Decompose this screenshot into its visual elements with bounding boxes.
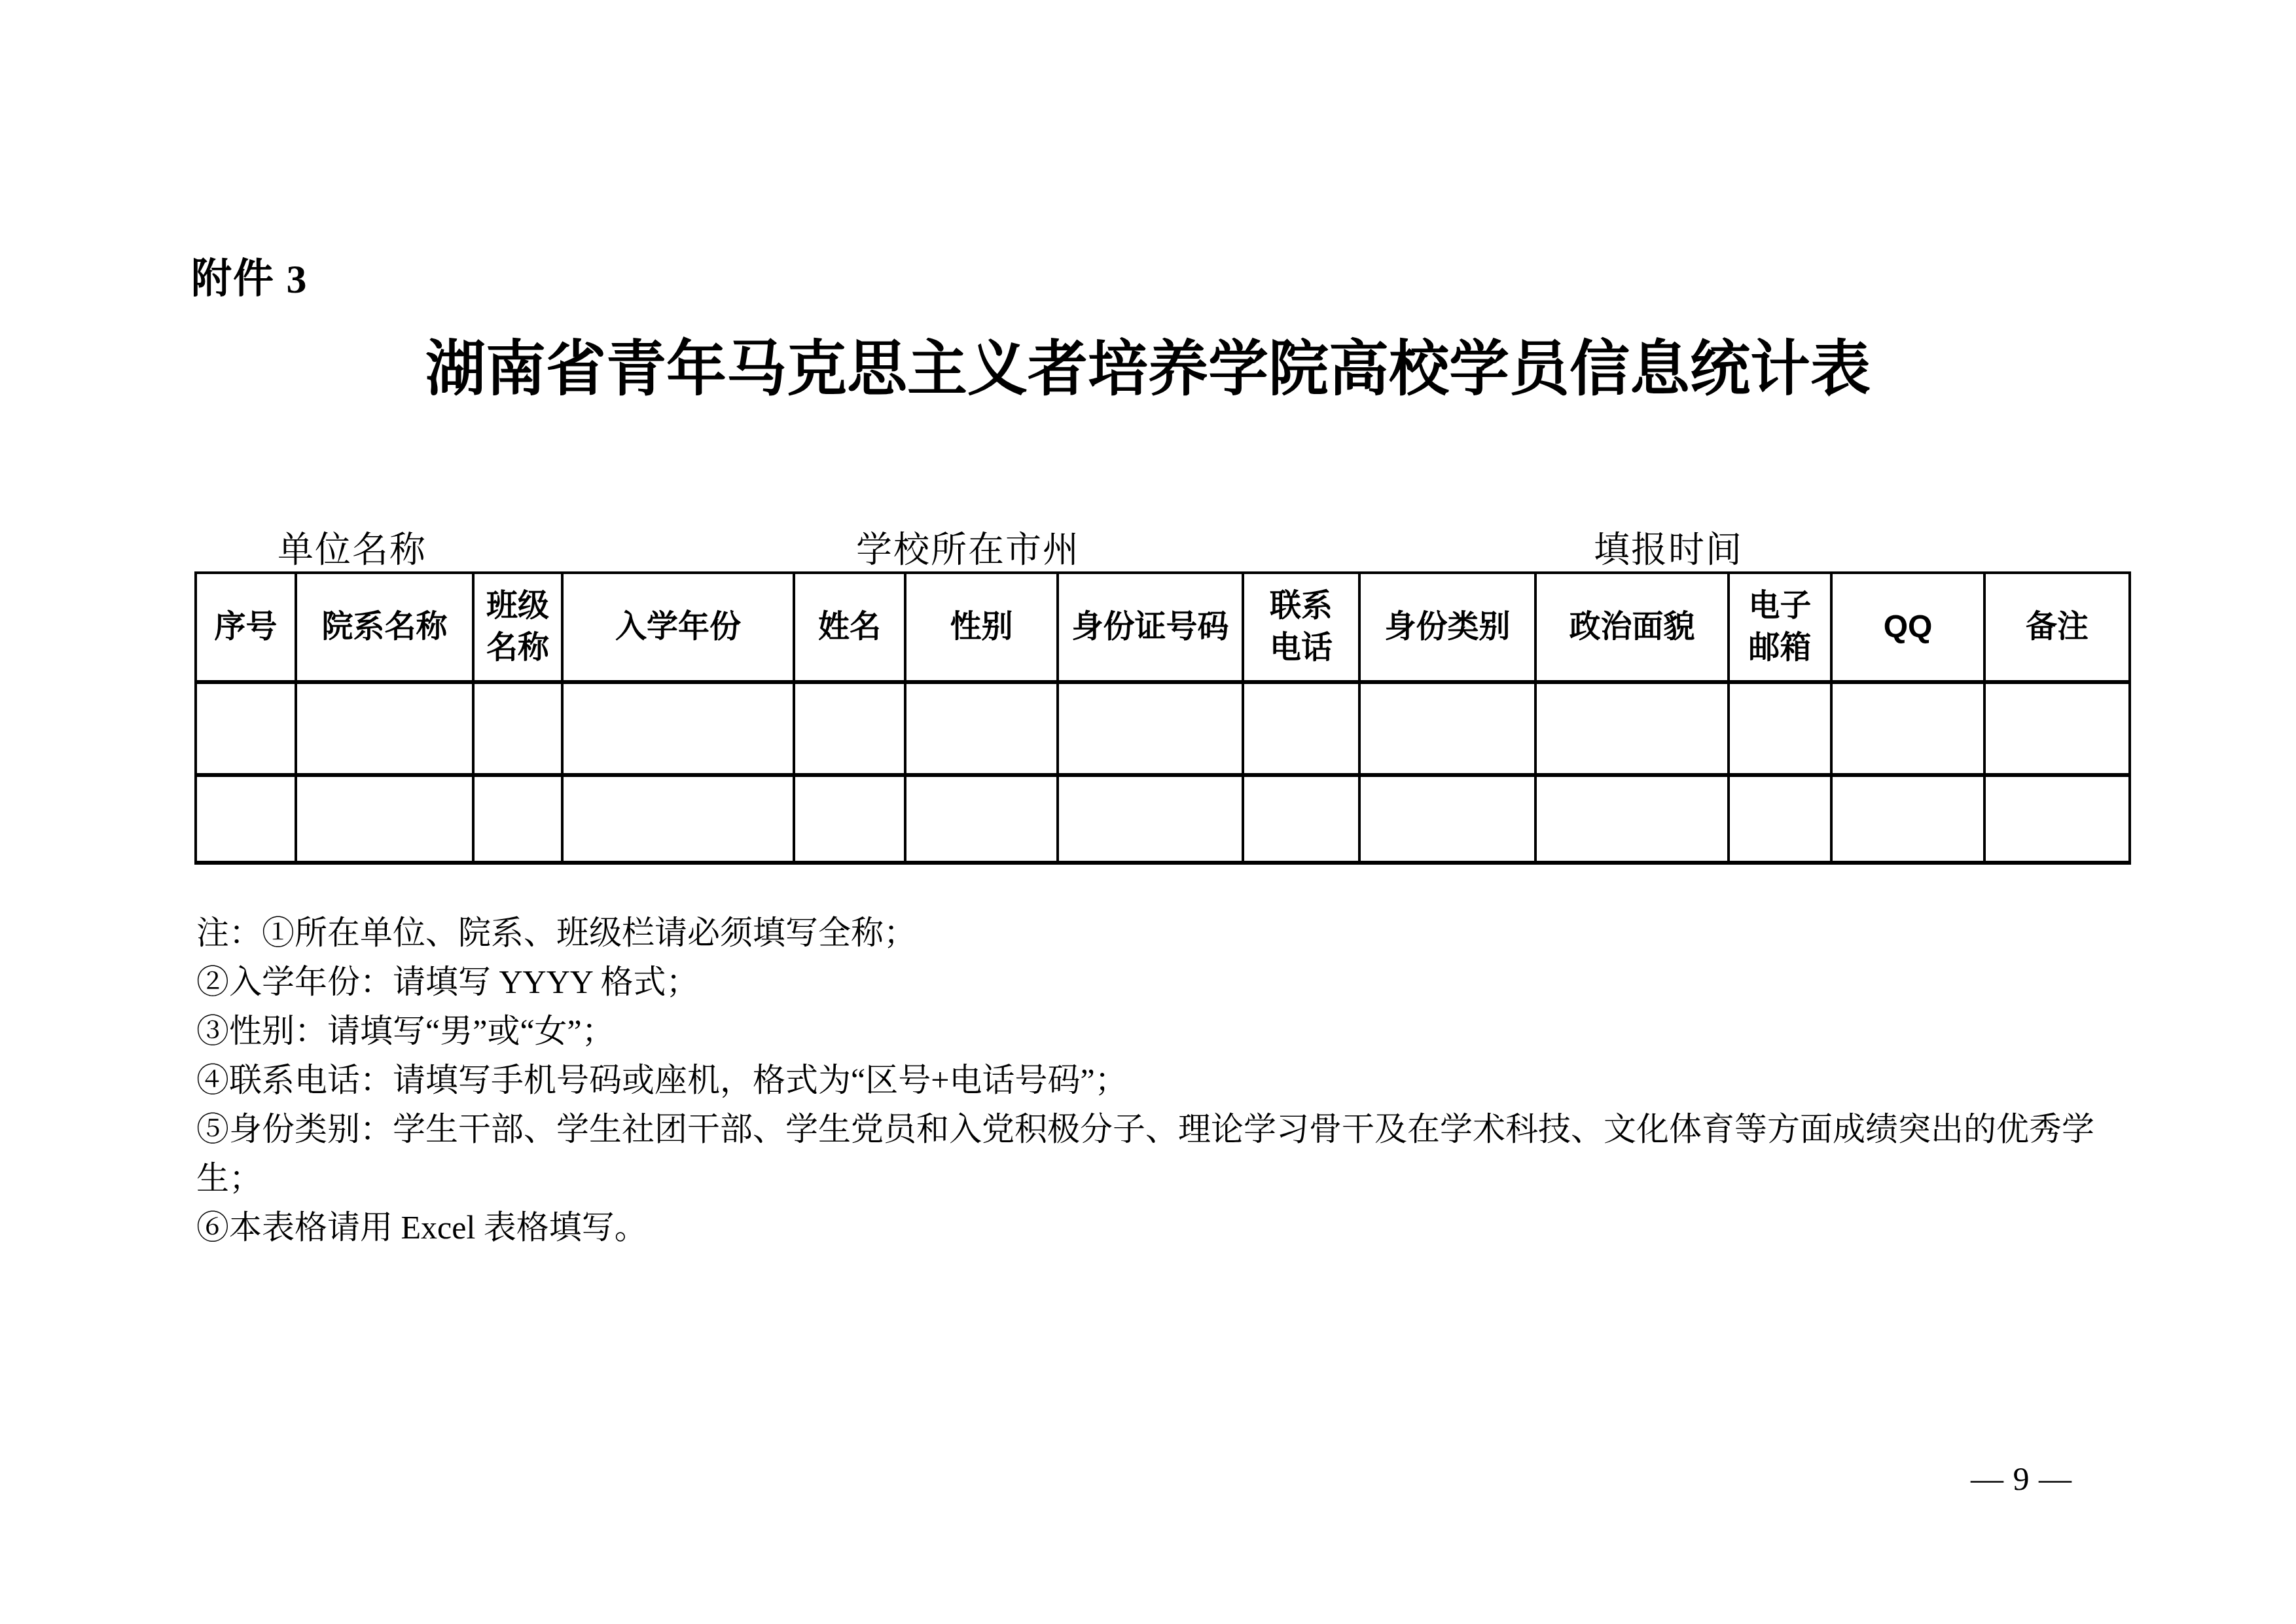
fill-time-label: 填报时间: [1594, 520, 1743, 572]
empty-cell: [1359, 775, 1535, 863]
empty-cell: [1984, 775, 2130, 863]
note-line-6: ⑥本表格请用 Excel 表格填写。: [196, 1203, 2108, 1252]
empty-cell: [1058, 682, 1243, 775]
empty-cell: [1729, 682, 1831, 775]
empty-cell: [562, 775, 794, 863]
table-header-row: 序号 院系名称 班级 名称 入学年份 姓名 性别 身份证号码 联系 电话 身份类…: [196, 573, 2130, 682]
empty-cell: [1831, 775, 1984, 863]
empty-cell: [905, 775, 1058, 863]
note-line-4: ④联系电话：请填写手机号码或座机，格式为“区号+电话号码”；: [196, 1056, 2108, 1105]
empty-cell: [196, 682, 296, 775]
attachment-label: 附件 3: [191, 246, 308, 304]
notes-section: 注：①所在单位、院系、班级栏请必须填写全称； ②入学年份：请填写 YYYY 格式…: [196, 909, 2108, 1252]
empty-cell: [1984, 682, 2130, 775]
empty-cell: [473, 775, 562, 863]
empty-cell: [1535, 682, 1729, 775]
empty-cell: [794, 682, 905, 775]
empty-cell: [473, 682, 562, 775]
header-qq: QQ: [1831, 573, 1984, 682]
header-gender: 性别: [905, 573, 1058, 682]
page-title: 湖南省青年马克思主义者培养学院高校学员信息统计表: [0, 321, 2296, 407]
empty-cell: [1535, 775, 1729, 863]
table-row: [196, 775, 2130, 863]
table-row: [196, 682, 2130, 775]
empty-cell: [1359, 682, 1535, 775]
header-id-number: 身份证号码: [1058, 573, 1243, 682]
header-email: 电子 邮箱: [1729, 573, 1831, 682]
note-line-3: ③性别：请填写“男”或“女”；: [196, 1007, 2108, 1056]
header-department-name: 院系名称: [296, 573, 473, 682]
empty-cell: [296, 682, 473, 775]
empty-cell: [794, 775, 905, 863]
header-identity-category: 身份类别: [1359, 573, 1535, 682]
empty-cell: [1058, 775, 1243, 863]
header-serial-number: 序号: [196, 573, 296, 682]
empty-cell: [196, 775, 296, 863]
empty-cell: [905, 682, 1058, 775]
header-contact-phone: 联系 电话: [1243, 573, 1359, 682]
school-city-label: 学校所在市州: [856, 520, 1080, 572]
header-remarks: 备注: [1984, 573, 2130, 682]
header-political-status: 政治面貌: [1535, 573, 1729, 682]
header-class-name: 班级 名称: [473, 573, 562, 682]
header-enrollment-year: 入学年份: [562, 573, 794, 682]
empty-cell: [1243, 775, 1359, 863]
empty-cell: [296, 775, 473, 863]
header-name: 姓名: [794, 573, 905, 682]
empty-cell: [1729, 775, 1831, 863]
unit-name-label: 单位名称: [278, 520, 427, 572]
note-line-2: ②入学年份：请填写 YYYY 格式；: [196, 958, 2108, 1007]
empty-cell: [1831, 682, 1984, 775]
note-line-1: 注：①所在单位、院系、班级栏请必须填写全称；: [196, 909, 2108, 958]
empty-cell: [562, 682, 794, 775]
page-number: — 9 —: [1971, 1460, 2072, 1498]
empty-cell: [1243, 682, 1359, 775]
document-page: 附件 3 湖南省青年马克思主义者培养学院高校学员信息统计表 单位名称 学校所在市…: [0, 0, 2296, 1624]
student-info-table: 序号 院系名称 班级 名称 入学年份 姓名 性别 身份证号码 联系 电话 身份类…: [194, 571, 2131, 865]
note-line-5: ⑤身份类别：学生干部、学生社团干部、学生党员和入党积极分子、理论学习骨干及在学术…: [196, 1105, 2108, 1203]
